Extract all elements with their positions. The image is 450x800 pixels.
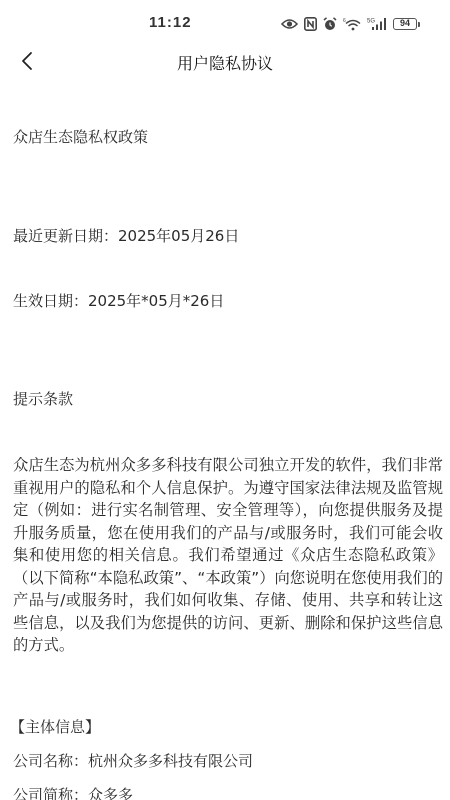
battery-level: 94 [393,18,417,30]
svg-text:5G: 5G [367,19,375,25]
signal-5g-icon: 5G [367,17,387,31]
section-title: 提示条款 [13,388,73,409]
status-icons: 6 5G 94 [281,15,420,33]
status-time: 11:12 [149,14,192,31]
policy-heading: 众店生态隐私权政策 [13,126,148,147]
battery-tip [418,22,420,27]
wifi-icon: 6 [343,17,361,31]
status-bar: 11:12 6 5G 94 [0,0,450,46]
effective-date: 生效日期：2025年*05月*26日 [13,290,224,311]
eye-icon [281,18,298,30]
alarm-icon [323,17,337,31]
nfc-icon [304,17,317,31]
company-short-name: 公司简称：众多多 [13,784,133,800]
company-name: 公司名称：杭州众多多科技有限公司 [13,750,253,771]
subject-info-title: 【主体信息】 [10,716,100,737]
updated-date: 最近更新日期：2025年05月26日 [13,225,239,246]
battery-icon: 94 [393,18,420,30]
page-title: 用户隐私协议 [0,51,450,74]
nav-bar: 用户隐私协议 [0,46,450,80]
intro-paragraph: 众店生态为杭州众多多科技有限公司独立开发的软件，我们非常重视用户的隐私和个人信息… [13,454,443,657]
svg-text:6: 6 [343,18,346,24]
